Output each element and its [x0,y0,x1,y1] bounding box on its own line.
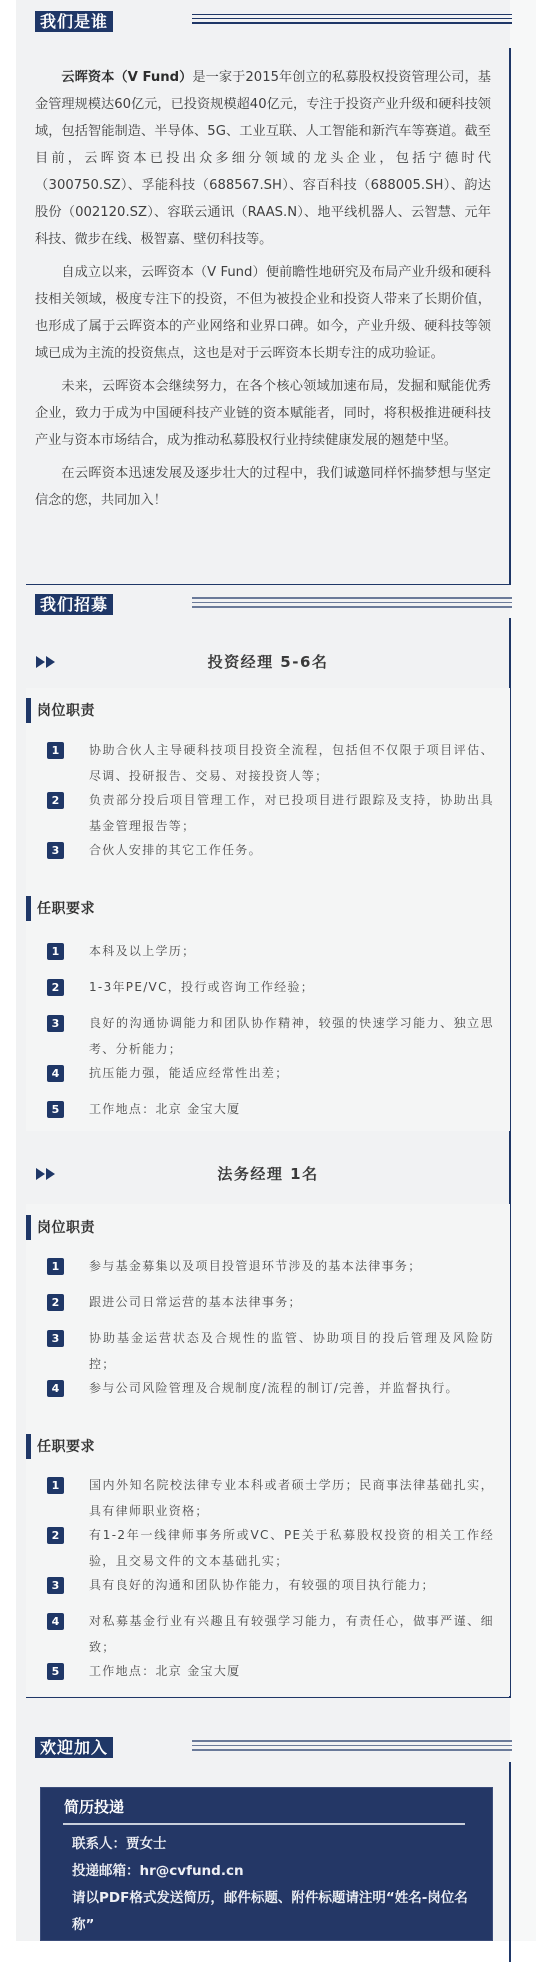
number-badge: 3 [47,1015,64,1032]
box-title: 简历投递 [64,1796,124,1817]
duties-label: 岗位职责 [37,700,95,720]
item-text: 工作地点：北京 金宝大厦 [89,1658,494,1684]
paragraph-text: 自成立以来，云晖资本（V Fund）便前瞻性地研究及布局产业升级和硬科技相关领域… [35,265,491,361]
section-title: 我们是谁 [35,11,113,32]
requirements-label: 任职要求 [37,1436,95,1456]
about-text: 云晖资本（V Fund）是一家于2015年创立的私募股权投资管理公司，基金管理规… [35,64,491,520]
number-badge: 5 [47,1663,64,1680]
decorative-lines [192,597,512,607]
resume-submission-box: 简历投递 联系人：贾女士 投递邮箱：hr@cvfund.cn 请以PDF格式发送… [40,1787,493,1941]
job-header: 投资经理 5-6名 [26,635,510,691]
contact-email[interactable]: 投递邮箱：hr@cvfund.cn [72,1858,472,1885]
number-badge: 4 [47,1380,64,1397]
item-text: 对私募基金行业有兴趣且有较强学习能力，有责任心，做事严谨、细致； [89,1608,494,1660]
number-badge: 1 [47,1477,64,1494]
requirements-label: 任职要求 [37,898,95,918]
number-badge: 4 [47,1613,64,1630]
item-text: 1-3年PE/VC，投行或咨询工作经验； [89,974,494,1000]
number-badge: 2 [47,792,64,809]
accent-bar [26,1434,31,1459]
item-text: 跟进公司日常运营的基本法律事务； [89,1289,494,1315]
item-text: 抗压能力强，能适应经常性出差； [89,1060,494,1086]
number-badge: 2 [47,979,64,996]
number-badge: 3 [47,1577,64,1594]
number-badge: 2 [47,1527,64,1544]
item-text: 协助合伙人主导硬科技项目投资全流程，包括但不仅限于项目评估、尽调、投研报告、交易… [89,737,494,789]
divider [63,1823,465,1825]
paragraph-text: 是一家于2015年创立的私募股权投资管理公司，基金管理规模达60亿元，已投资规模… [35,70,491,247]
decorative-lines [192,1740,512,1750]
about-paragraph: 在云晖资本迅速发展及逐步壮大的过程中，我们诚邀同样怀揣梦想与坚定信念的您，共同加… [35,460,491,514]
about-paragraph: 自成立以来，云晖资本（V Fund）便前瞻性地研究及布局产业升级和硬科技相关领域… [35,259,491,367]
submission-note: 请以PDF格式发送简历，邮件标题、附件标题请注明“姓名-岗位名称” [72,1885,472,1939]
requirements-panel: 任职要求 1本科及以上学历； 21-3年PE/VC，投行或咨询工作经验； 3良好… [26,886,510,1131]
item-text: 本科及以上学历； [89,938,494,964]
item-text: 参与公司风险管理及合规制度/流程的制订/完善，并监督执行。 [89,1375,494,1401]
decorative-lines [192,14,512,24]
number-badge: 1 [47,943,64,960]
item-text: 具有良好的沟通和团队协作能力，有较强的项目执行能力； [89,1572,494,1598]
paragraph-text: 在云晖资本迅速发展及逐步壮大的过程中，我们诚邀同样怀揣梦想与坚定信念的您，共同加… [35,466,491,508]
item-text: 合伙人安排的其它工作任务。 [89,837,494,863]
item-text: 有1-2年一线律师事务所或VC、PE关于私募股权投资的相关工作经验，且交易文件的… [89,1522,494,1574]
job-title: 法务经理 1名 [26,1163,510,1184]
contact-info: 联系人：贾女士 投递邮箱：hr@cvfund.cn 请以PDF格式发送简历，邮件… [72,1831,472,1939]
paragraph-text: 未来，云晖资本会继续努力，在各个核心领域加速布局，发掘和赋能优秀企业，致力于成为… [35,379,491,448]
section-title: 我们招募 [35,594,113,615]
duties-label: 岗位职责 [37,1217,95,1237]
requirements-panel: 任职要求 1国内外知名院校法律专业本科或者硕士学历；民商事法律基础扎实，具有律师… [26,1426,510,1696]
duties-panel: 岗位职责 1参与基金募集以及项目投管退环节涉及的基本法律事务； 2跟进公司日常运… [26,1204,510,1426]
section-title: 欢迎加入 [35,1737,113,1758]
about-paragraph: 未来，云晖资本会继续努力，在各个核心领域加速布局，发掘和赋能优秀企业，致力于成为… [35,373,491,454]
right-margin [510,0,536,1941]
item-text: 良好的沟通协调能力和团队协作精神，较强的快速学习能力、独立思考、分析能力； [89,1010,494,1062]
number-badge: 3 [47,842,64,859]
about-paragraph: 云晖资本（V Fund）是一家于2015年创立的私募股权投资管理公司，基金管理规… [35,64,491,253]
job-title: 投资经理 5-6名 [26,651,510,672]
contact-person: 联系人：贾女士 [72,1831,472,1858]
accent-bar [26,698,31,723]
number-badge: 4 [47,1065,64,1082]
item-text: 工作地点：北京 金宝大厦 [89,1096,494,1122]
number-badge: 2 [47,1294,64,1311]
duties-panel: 岗位职责 1协助合伙人主导硬科技项目投资全流程，包括但不仅限于项目评估、尽调、投… [26,688,510,886]
item-text: 负责部分投后项目管理工作，对已投项目进行跟踪及支持，协助出具基金管理报告等； [89,787,494,839]
item-text: 国内外知名院校法律专业本科或者硕士学历；民商事法律基础扎实，具有律师职业资格； [89,1472,494,1524]
number-badge: 1 [47,1258,64,1275]
item-text: 参与基金募集以及项目投管退环节涉及的基本法律事务； [89,1253,494,1279]
company-name: 云晖资本（V Fund） [61,70,192,85]
number-badge: 1 [47,742,64,759]
job-header: 法务经理 1名 [26,1147,510,1203]
number-badge: 5 [47,1101,64,1118]
item-text: 协助基金运营状态及合规性的监管、协助项目的投后管理及风险防控； [89,1325,494,1377]
number-badge: 3 [47,1330,64,1347]
accent-bar [26,1215,31,1240]
accent-bar [26,896,31,921]
